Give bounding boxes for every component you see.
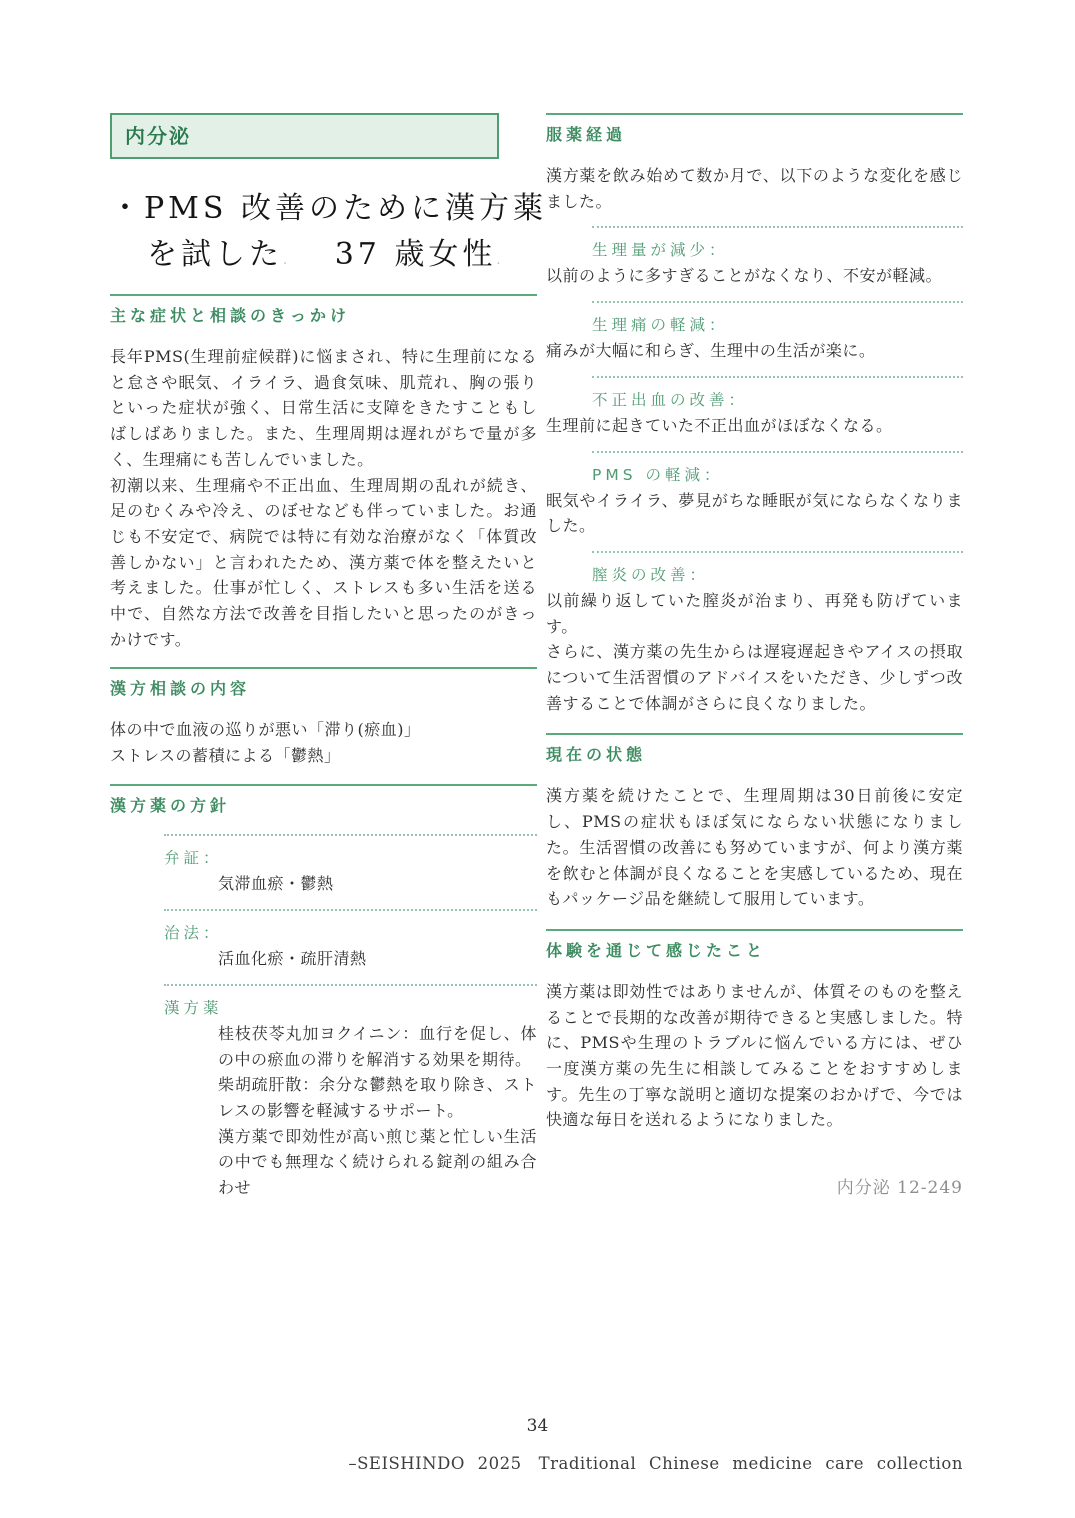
case-reference-number: 内分泌 12-249 bbox=[546, 1173, 963, 1198]
title-dot: . bbox=[283, 253, 287, 268]
change-text: 眠気やイライラ、夢見がちな睡眠が気にならなくなりました。 bbox=[546, 488, 963, 539]
category-label: 内分泌 bbox=[125, 124, 191, 148]
dotted-divider bbox=[164, 834, 537, 836]
page-title-line2: を試した. 37 歳女性. bbox=[110, 232, 537, 284]
change-text: 以前繰り返していた膣炎が治まり、再発も防げています。 bbox=[546, 588, 963, 639]
document-page: 内分泌 ・PMS 改善のために漢方薬 を試した. 37 歳女性. 主な症状と相談… bbox=[0, 0, 1075, 1518]
title-dot: . bbox=[496, 253, 500, 268]
symptoms-paragraph-1: 長年PMS(生理前症候群)に悩まされ、特に生理前になると怠さや眠気、イライラ、過… bbox=[110, 344, 537, 473]
change-label: PMS の軽減： bbox=[546, 462, 963, 488]
left-column: 内分泌 ・PMS 改善のために漢方薬 を試した. 37 歳女性. 主な症状と相談… bbox=[110, 113, 537, 1201]
consult-line-2: ストレスの蓄積による「鬱熱」 bbox=[110, 743, 537, 769]
policy-label-chiho: 治法： bbox=[110, 920, 537, 946]
kampo-item: 桂枝茯苓丸加ヨクイニン：血行を促し、体の中の瘀血の滞りを解消する効果を期待。 bbox=[218, 1021, 537, 1072]
dotted-divider bbox=[592, 376, 963, 378]
section-heading-consult: 漢方相談の内容 bbox=[110, 669, 537, 700]
section-course: 服薬経過 漢方薬を飲み始めて数か月で、以下のような変化を感じました。 生理量が減… bbox=[546, 113, 963, 716]
dotted-divider bbox=[592, 301, 963, 303]
section-heading-reflection: 体験を通じて感じたこと bbox=[546, 931, 963, 962]
kampo-item: 漢方薬で即効性が高い煎じ薬と忙しい生活の中でも無理なく続けられる錠剤の組み合わせ bbox=[218, 1124, 537, 1201]
policy-label-bensho: 弁証： bbox=[110, 845, 537, 871]
change-label: 膣炎の改善： bbox=[546, 562, 963, 588]
page-title: ・PMS 改善のために漢方薬 を試した. 37 歳女性. bbox=[110, 186, 537, 284]
reflection-body: 漢方薬は即効性ではありませんが、体質そのものを整えることで長期的な改善が期待でき… bbox=[546, 979, 963, 1133]
dotted-divider bbox=[592, 551, 963, 553]
policy-value-bensho: 気滞血瘀・鬱熱 bbox=[110, 871, 537, 897]
section-heading-symptoms: 主な症状と相談のきっかけ bbox=[110, 296, 537, 327]
dotted-divider bbox=[592, 451, 963, 453]
change-text: 生理前に起きていた不正出血がほぼなくなる。 bbox=[546, 413, 963, 439]
section-policy: 漢方薬の方針 弁証： 気滞血瘀・鬱熱 治法： 活血化瘀・疏肝清熱 漢方薬 桂枝茯… bbox=[110, 784, 537, 1201]
section-heading-policy: 漢方薬の方針 bbox=[110, 786, 537, 817]
course-intro: 漢方薬を飲み始めて数か月で、以下のような変化を感じました。 bbox=[546, 163, 963, 214]
change-text: 以前のように多すぎることがなくなり、不安が軽減。 bbox=[546, 263, 963, 289]
page-number: 34 bbox=[0, 1416, 1075, 1436]
change-label: 不正出血の改善： bbox=[546, 387, 963, 413]
consult-line-1: 体の中で血液の巡りが悪い「滞り(瘀血)」 bbox=[110, 717, 537, 743]
dotted-divider bbox=[164, 984, 537, 986]
section-heading-course: 服薬経過 bbox=[546, 115, 963, 146]
change-label: 生理痛の軽減： bbox=[546, 312, 963, 338]
current-body: 漢方薬を続けたことで、生理周期は30日前後に安定し、PMSの症状もほぼ気にならな… bbox=[546, 783, 963, 912]
section-symptoms: 主な症状と相談のきっかけ 長年PMS(生理前症候群)に悩まされ、特に生理前になる… bbox=[110, 294, 537, 652]
dotted-divider bbox=[592, 226, 963, 228]
section-reflection: 体験を通じて感じたこと 漢方薬は即効性ではありませんが、体質そのものを整えること… bbox=[546, 929, 963, 1198]
dotted-divider bbox=[164, 909, 537, 911]
policy-value-chiho: 活血化瘀・疏肝清熱 bbox=[110, 946, 537, 972]
change-text-extra: さらに、漢方薬の先生からは遅寝遅起きやアイスの摂取について生活習慣のアドバイスを… bbox=[546, 639, 963, 716]
right-column: 服薬経過 漢方薬を飲み始めて数か月で、以下のような変化を感じました。 生理量が減… bbox=[546, 113, 963, 1198]
section-consult: 漢方相談の内容 体の中で血液の巡りが悪い「滞り(瘀血)」 ストレスの蓄積による「… bbox=[110, 667, 537, 768]
symptoms-paragraph-2: 初潮以来、生理痛や不正出血、生理周期の乱れが続き、足のむくみや冷え、のぼせなども… bbox=[110, 473, 537, 653]
category-badge: 内分泌 bbox=[110, 113, 499, 159]
section-current: 現在の状態 漢方薬を続けたことで、生理周期は30日前後に安定し、PMSの症状もほ… bbox=[546, 733, 963, 912]
change-text: 痛みが大幅に和らぎ、生理中の生活が楽に。 bbox=[546, 338, 963, 364]
policy-label-kampo: 漢方薬 bbox=[110, 995, 537, 1021]
change-label: 生理量が減少： bbox=[546, 237, 963, 263]
section-heading-current: 現在の状態 bbox=[546, 735, 963, 766]
kampo-item: 柴胡疏肝散：余分な鬱熱を取り除き、ストレスの影響を軽減するサポート。 bbox=[218, 1072, 537, 1123]
publisher-line: –SEISHINDO 2025 Traditional Chinese medi… bbox=[110, 1450, 963, 1474]
page-title-line1: ・PMS 改善のために漢方薬 bbox=[110, 186, 537, 232]
